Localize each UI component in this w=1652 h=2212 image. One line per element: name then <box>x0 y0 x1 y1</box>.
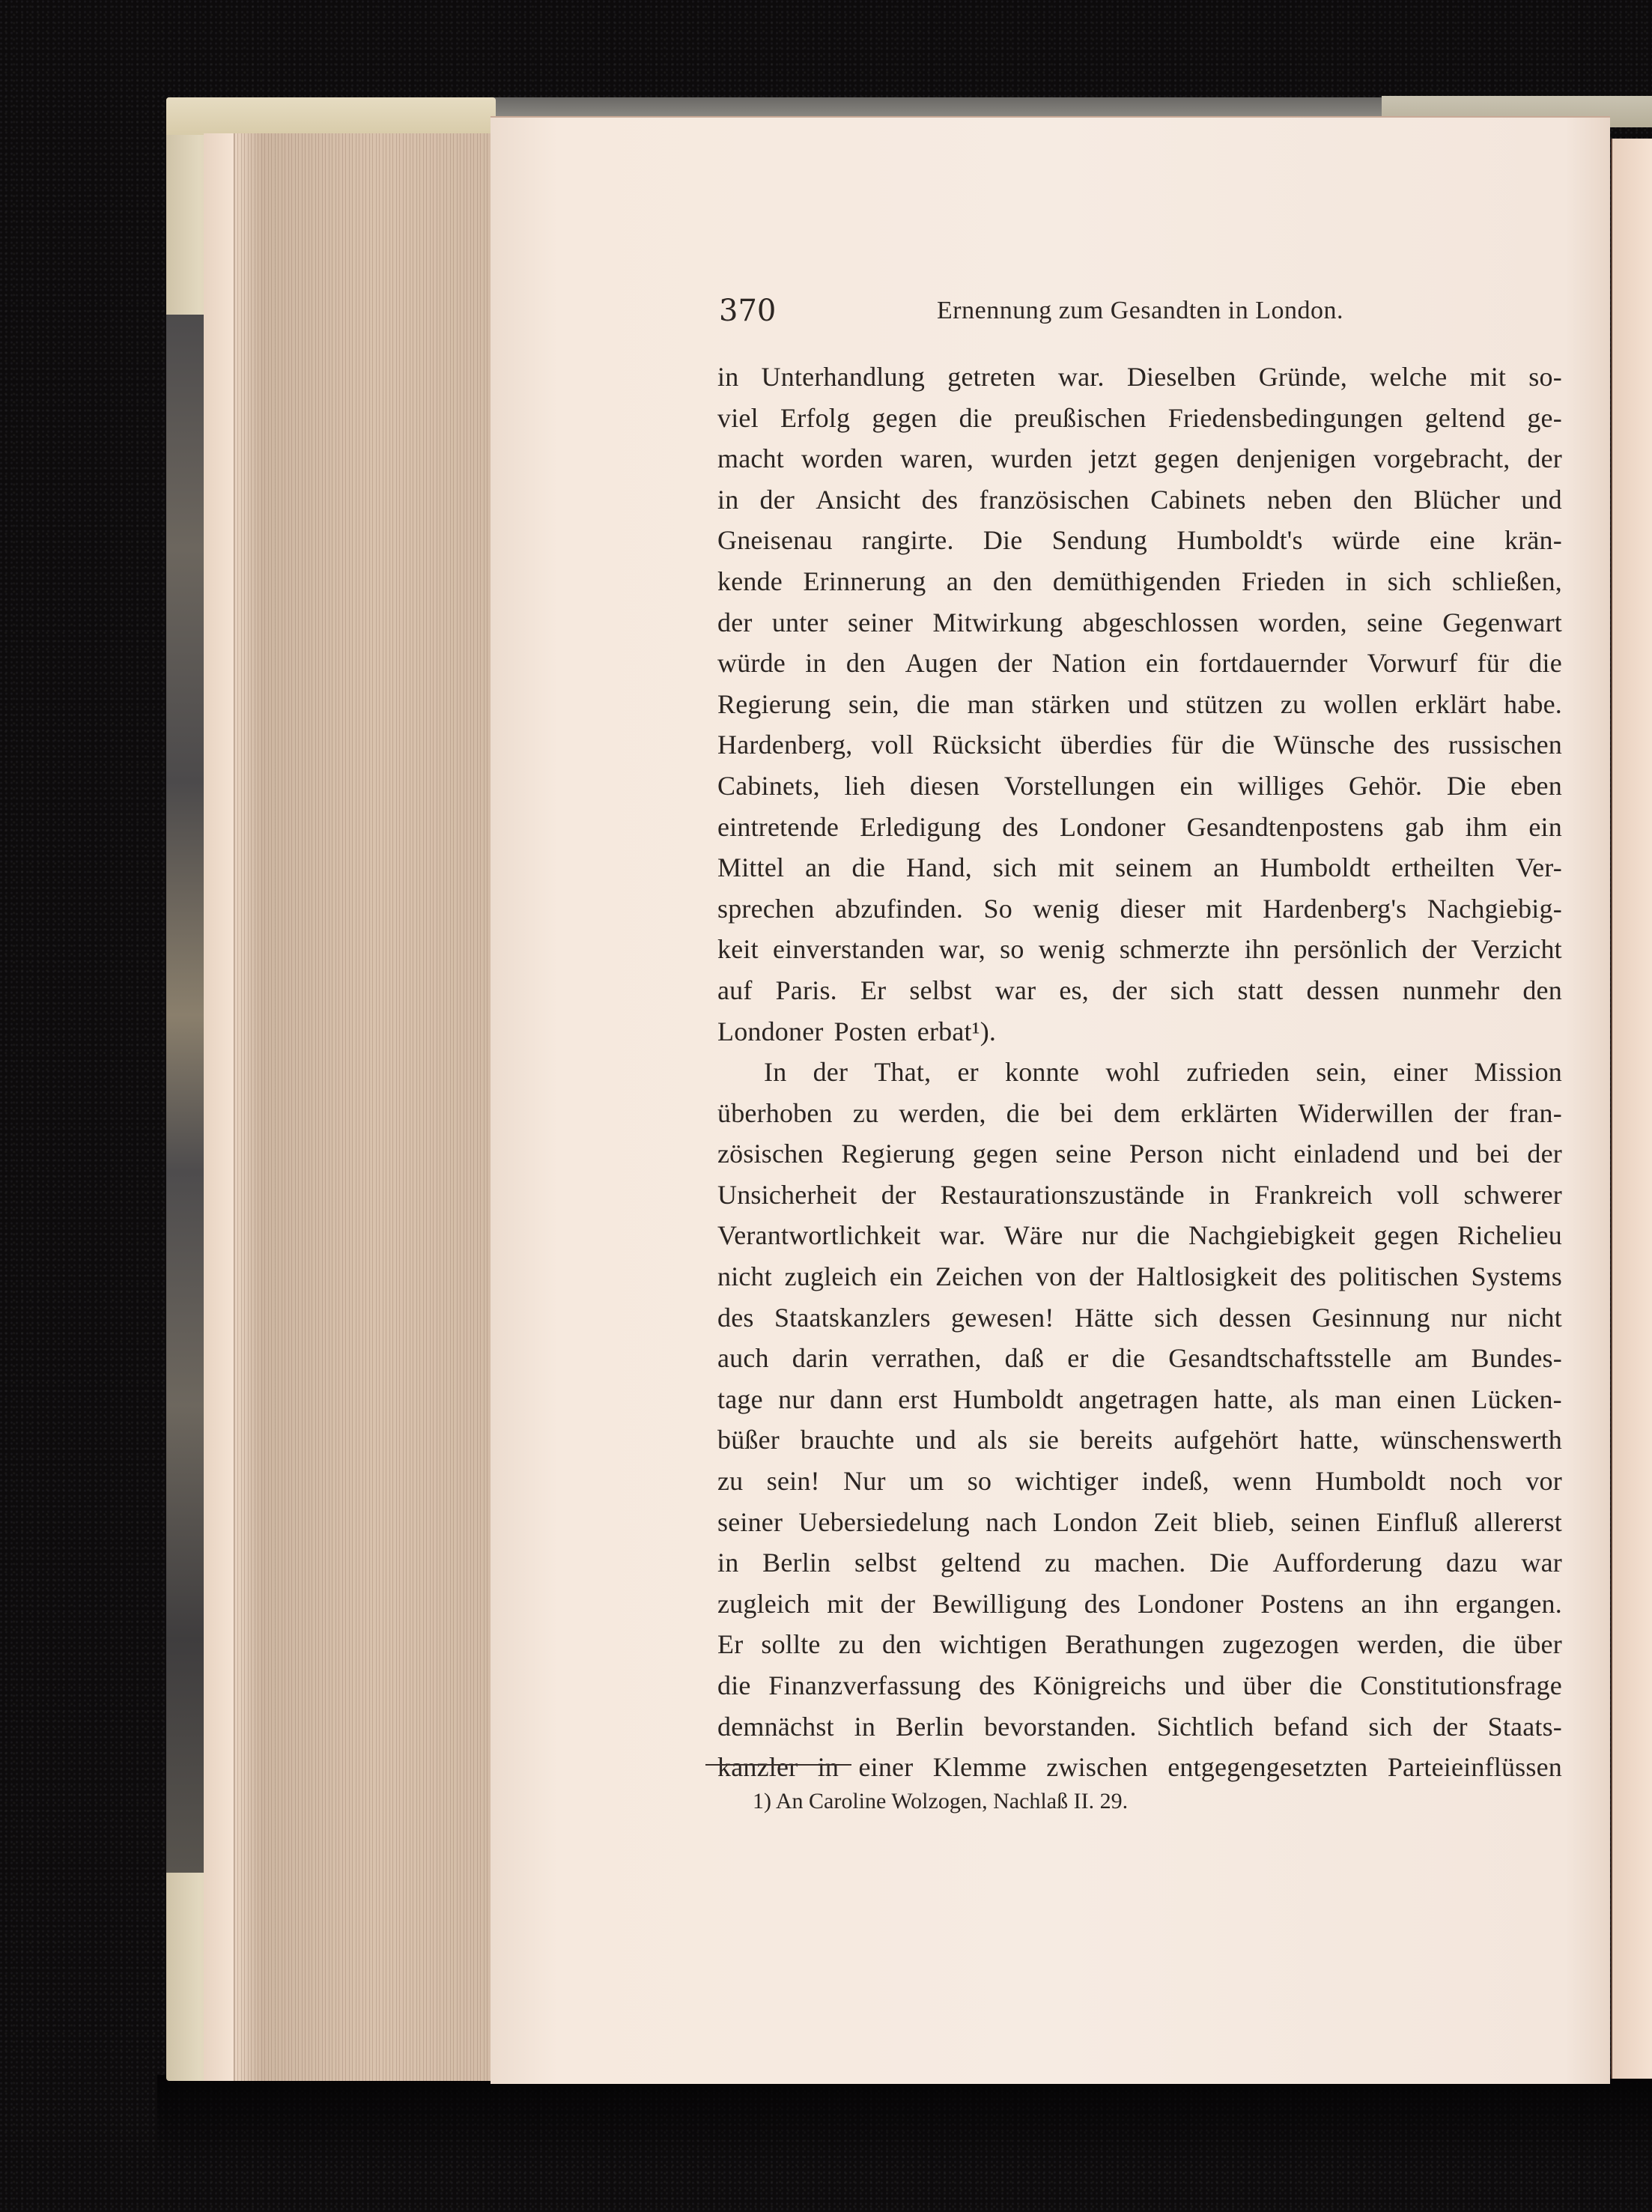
text-line: inderAnsichtdesfranzösischenCabinetsnebe… <box>717 479 1562 521</box>
word: Londoner <box>1060 807 1166 848</box>
word: Berlin <box>896 1706 964 1748</box>
word: seine <box>1055 1133 1111 1175</box>
running-head: Ernennung zum Gesandten in London. <box>719 297 1561 325</box>
word: Regierung <box>717 684 831 725</box>
word: die <box>1528 643 1562 684</box>
text-line: ErsolltezudenwichtigenBerathungenzugezog… <box>717 1624 1562 1665</box>
word: Frieden <box>1242 561 1325 602</box>
word: seine <box>1367 602 1423 643</box>
word: an <box>1213 847 1239 888</box>
text-line: derunterseinerMitwirkungabgeschlossenwor… <box>717 602 1562 643</box>
word: Zeit <box>1153 1502 1197 1543</box>
word: war. <box>939 1215 986 1256</box>
word: ge- <box>1527 398 1562 439</box>
word: worden, <box>1258 602 1346 643</box>
word: bereits <box>1080 1419 1153 1461</box>
word: sein! <box>767 1461 820 1502</box>
word: viel <box>717 398 759 439</box>
word: Humboldt <box>1260 847 1371 888</box>
word: krän- <box>1504 520 1562 561</box>
text-line: überhobenzuwerden,diebeidemerklärtenWide… <box>717 1093 1562 1134</box>
word: die <box>1006 1093 1040 1134</box>
word: für <box>1478 643 1510 684</box>
word: eben <box>1510 766 1562 807</box>
word: preußischen <box>1014 398 1146 439</box>
word: statt <box>1238 970 1284 1011</box>
word: ein <box>1528 807 1562 848</box>
text-line: Regierungsein,diemanstärkenundstützenzuw… <box>717 684 1562 725</box>
word: Gneisenau <box>717 520 833 561</box>
word: zu <box>853 1093 878 1134</box>
word: selbst <box>854 1542 917 1584</box>
word: Vorstellungen <box>1004 766 1156 807</box>
word: Unsicherheit <box>717 1175 857 1216</box>
word: einer <box>858 1747 913 1788</box>
book-shadow <box>157 2075 1652 2165</box>
word: Erfolg <box>780 398 850 439</box>
word: wohl <box>1105 1052 1160 1093</box>
word: Er <box>860 970 886 1011</box>
word: voll <box>871 724 914 766</box>
page-header: 370 Ernennung zum Gesandten in London. <box>719 294 1561 339</box>
word: seinem <box>1115 847 1192 888</box>
word: Aufforderung <box>1273 1542 1423 1584</box>
word: so <box>968 1461 991 1502</box>
word: Nation <box>1052 643 1126 684</box>
word: für <box>1171 724 1203 766</box>
word: diesen <box>910 766 980 807</box>
word: schließen, <box>1452 561 1562 602</box>
word: Gesandtschaftsstelle <box>1168 1338 1391 1379</box>
flyleaf <box>204 133 234 2081</box>
word: abgeschlossen <box>1083 602 1239 643</box>
word: stärken <box>1031 684 1110 725</box>
word: sich <box>1368 1706 1412 1748</box>
word: dem <box>1114 1093 1161 1134</box>
word: die <box>917 684 950 725</box>
word: nunmehr <box>1403 970 1499 1011</box>
word: und <box>915 1419 956 1461</box>
word: zu <box>1045 1542 1070 1584</box>
word: ein <box>890 1256 923 1297</box>
word: gewesen! <box>951 1297 1054 1339</box>
text-line: auchdarinverrathen,daßerdieGesandtschaft… <box>717 1338 1562 1379</box>
word: mit <box>1470 357 1507 398</box>
word: und <box>1418 1133 1459 1175</box>
word: als <box>1289 1379 1320 1420</box>
text-line: dieFinanzverfassungdesKönigreichsundüber… <box>717 1665 1562 1706</box>
word: worden <box>801 438 883 479</box>
word: Humboldt's <box>1176 520 1303 561</box>
word: gegen <box>872 398 937 439</box>
text-line: inBerlinselbstgeltendzumachen.DieAufford… <box>717 1542 1562 1584</box>
word: Wünsche <box>1274 724 1375 766</box>
word: Sichtlich <box>1157 1706 1254 1748</box>
text-line: würdeindenAugenderNationeinfortdauernder… <box>717 643 1562 684</box>
text-line: InderThat,erkonntewohlzufriedensein,eine… <box>717 1052 1562 1093</box>
word: seiner <box>717 1502 783 1543</box>
word: habe. <box>1504 684 1562 725</box>
text-line: UnsicherheitderRestaurationszuständeinFr… <box>717 1175 1562 1216</box>
word: Königreichs <box>1033 1665 1166 1706</box>
word: unter <box>772 602 828 643</box>
word: dessen <box>1218 1297 1291 1339</box>
word: schmerzte <box>1120 929 1230 970</box>
word: Die <box>1209 1542 1249 1584</box>
word: auf <box>717 970 753 1011</box>
word: erbat¹). <box>917 1011 996 1052</box>
word: nur <box>778 1379 815 1420</box>
word: der <box>881 1175 917 1216</box>
word: erklärten <box>1181 1093 1278 1134</box>
word: wenig <box>1039 929 1105 970</box>
word: am <box>1415 1338 1448 1379</box>
word: welche <box>1370 357 1447 398</box>
word: Bewilligung <box>932 1584 1067 1625</box>
word: ergangen. <box>1456 1584 1562 1625</box>
word: hatte, <box>1299 1419 1359 1461</box>
word: Staatskanzlers <box>774 1297 931 1339</box>
word: des <box>922 479 959 521</box>
word: Nachgiebig- <box>1427 888 1562 930</box>
word: konnte <box>1005 1052 1079 1093</box>
word: seiner <box>848 602 913 643</box>
word: die <box>1112 1338 1146 1379</box>
word: denjenigen <box>1236 438 1356 479</box>
word: an <box>805 847 830 888</box>
word: Londoner <box>1138 1584 1244 1625</box>
word: Unterhandlung <box>762 357 926 398</box>
word: einer <box>1393 1052 1448 1093</box>
word: zu <box>839 1624 864 1665</box>
text-line: machtwordenwaren,wurdenjetztgegendenjeni… <box>717 438 1562 479</box>
word: Er <box>717 1624 743 1665</box>
word: werden, <box>1357 1624 1444 1665</box>
word: zugezogen <box>1222 1624 1339 1665</box>
word: Gesinnung <box>1312 1297 1430 1339</box>
word: Londoner <box>717 1011 824 1052</box>
word: in <box>1209 1175 1230 1216</box>
word: einladend <box>1294 1133 1400 1175</box>
word: in <box>805 643 826 684</box>
word: in <box>717 1542 738 1584</box>
word: zwischen <box>1046 1747 1148 1788</box>
word: sollte <box>761 1624 820 1665</box>
word: es, <box>1059 970 1089 1011</box>
text-line: seinerUebersiedelungnachLondonZeitblieb,… <box>717 1502 1562 1543</box>
word: gegen <box>973 1133 1038 1175</box>
word: erklärt <box>1415 684 1487 725</box>
word: sprechen <box>717 888 815 930</box>
word: russischen <box>1448 724 1562 766</box>
text-line: aufParis.Erselbstwares,dersichstattdesse… <box>717 970 1562 1011</box>
word: in <box>1346 561 1367 602</box>
word: Verantwortlichkeit <box>717 1215 921 1256</box>
word: in <box>854 1706 875 1748</box>
word: Regierung <box>841 1133 955 1175</box>
word: mit <box>827 1584 863 1625</box>
word: Ver- <box>1516 847 1562 888</box>
word: Paris. <box>776 970 837 1011</box>
word: Restaurationszustände <box>941 1175 1185 1216</box>
word: Nur <box>843 1461 886 1502</box>
footnote: 1) An Caroline Wolzogen, Nachlaß II. 29. <box>753 1789 1128 1814</box>
word: und <box>1128 684 1169 725</box>
word: Postens <box>1260 1584 1343 1625</box>
word: Nachgiebigkeit <box>1188 1215 1355 1256</box>
word: Staats- <box>1488 1706 1562 1748</box>
text-line: zusein!Nurumsowichtigerindeß,wennHumbold… <box>717 1461 1562 1502</box>
word: die <box>851 847 885 888</box>
word: geltend <box>1425 398 1505 439</box>
word: Gründe, <box>1259 357 1347 398</box>
word: demüthigenden <box>1053 561 1221 602</box>
word: wenn <box>1233 1461 1292 1502</box>
word: nicht <box>717 1256 772 1297</box>
word: gab <box>1405 807 1445 848</box>
word: blieb, <box>1213 1502 1275 1543</box>
text-line: zugleichmitderBewilligungdesLondonerPost… <box>717 1584 1562 1625</box>
text-line: nichtzugleicheinZeichenvonderHaltlosigke… <box>717 1256 1562 1297</box>
word: die <box>1463 1624 1496 1665</box>
word: Mission <box>1475 1052 1562 1093</box>
word: über <box>1513 1624 1562 1665</box>
word: mit <box>1206 888 1242 930</box>
word: fran- <box>1509 1093 1562 1134</box>
word: abzufinden. <box>835 888 963 930</box>
word: gegen <box>1154 438 1219 479</box>
word: neben <box>1267 479 1332 521</box>
word: brauchte <box>801 1419 895 1461</box>
word: allererst <box>1474 1502 1562 1543</box>
text-line: Cabinets,liehdiesenVorstellungeneinwilli… <box>717 766 1562 807</box>
word: zu <box>717 1461 743 1502</box>
word: sich <box>1154 1297 1198 1339</box>
word: dann <box>830 1379 883 1420</box>
text-line: eintretendeErledigungdesLondonerGesandte… <box>717 807 1562 848</box>
word: nur <box>1451 1297 1487 1339</box>
word: um <box>909 1461 944 1502</box>
word: der <box>760 479 795 521</box>
word: dessen <box>1307 970 1379 1011</box>
word: keit <box>717 929 759 970</box>
word: von <box>1036 1256 1077 1297</box>
word: der <box>1422 929 1457 970</box>
word: nicht <box>1507 1297 1562 1339</box>
word: war <box>1521 1542 1562 1584</box>
word: Mittel <box>717 847 784 888</box>
word: die <box>1137 1215 1170 1256</box>
word: zugleich <box>785 1256 878 1297</box>
word: würde <box>717 643 786 684</box>
word: noch <box>1449 1461 1502 1502</box>
word: wurden <box>991 438 1072 479</box>
word: hatte, <box>1214 1379 1274 1420</box>
next-page-edge <box>1611 139 1652 2079</box>
word: ein <box>1146 643 1179 684</box>
word: geltend <box>941 1542 1021 1584</box>
word: Sendung <box>1052 520 1147 561</box>
word: der <box>1527 1133 1562 1175</box>
word: würde <box>1332 520 1400 561</box>
word: Cabinets, <box>717 766 820 807</box>
word: Klemme <box>933 1747 1027 1788</box>
word: die <box>717 1665 751 1706</box>
word: aufgehört <box>1173 1419 1278 1461</box>
word: mit <box>1058 847 1095 888</box>
word: sein, <box>848 684 899 725</box>
word: machen. <box>1094 1542 1185 1584</box>
text-line: kanzlerineinerKlemmezwischenentgegengese… <box>717 1747 1562 1788</box>
word: des <box>979 1665 1015 1706</box>
word: ihn <box>1404 1584 1439 1625</box>
word: wichtiger <box>1015 1461 1119 1502</box>
word: überhoben <box>717 1093 833 1134</box>
word: macht <box>717 438 784 479</box>
word: waren, <box>900 438 974 479</box>
word: war <box>995 970 1036 1011</box>
word: persönlich <box>1293 929 1407 970</box>
word: indeß, <box>1142 1461 1209 1502</box>
word: Augen <box>905 643 978 684</box>
word: verrathen, <box>872 1338 982 1379</box>
word: darin <box>792 1338 848 1379</box>
word: Hand, <box>906 847 972 888</box>
word: überdies <box>1060 724 1153 766</box>
word: gegen <box>1373 1215 1439 1256</box>
word: kende <box>717 561 783 602</box>
word: über <box>1243 1665 1292 1706</box>
word: vor <box>1525 1461 1562 1502</box>
word: dazu <box>1446 1542 1498 1584</box>
word: politischen <box>1339 1256 1459 1297</box>
word: des <box>1002 807 1039 848</box>
word: Hardenberg, <box>717 724 852 766</box>
word: demnächst <box>717 1706 834 1748</box>
word: voll <box>1397 1175 1439 1216</box>
top-left-cover-corner <box>166 97 496 135</box>
word: Posten <box>834 1011 907 1052</box>
word: des <box>1290 1256 1326 1297</box>
word: Gegenwart <box>1442 602 1562 643</box>
word: Frankreich <box>1254 1175 1373 1216</box>
word: Blücher <box>1414 479 1500 521</box>
word: der <box>717 602 753 643</box>
word: zugleich <box>717 1584 810 1625</box>
word: Friedensbedingungen <box>1168 398 1403 439</box>
word: entgegengesetzten <box>1167 1747 1367 1788</box>
word: Wäre <box>1004 1215 1063 1256</box>
word: den <box>1353 479 1393 521</box>
footnote-divider <box>705 1764 851 1766</box>
word: Einfluß <box>1376 1502 1458 1543</box>
top-cover-edge <box>389 97 1385 118</box>
word: Hardenberg's <box>1263 888 1406 930</box>
word: man <box>968 684 1015 725</box>
word: Person <box>1129 1133 1203 1175</box>
marbled-cover-board <box>166 315 204 1873</box>
word: in <box>717 357 738 398</box>
word: sie <box>1029 1419 1060 1461</box>
word: In <box>764 1052 786 1093</box>
word: einen <box>1397 1379 1456 1420</box>
word: Parteieinflüssen <box>1388 1747 1562 1788</box>
word: Die <box>983 520 1023 561</box>
word: büßer <box>717 1419 780 1461</box>
word: bei <box>1060 1093 1093 1134</box>
word: zösischen <box>717 1133 824 1175</box>
word: Hätte <box>1075 1297 1134 1339</box>
word: wenig <box>1033 888 1099 930</box>
word: zu <box>1281 684 1306 725</box>
word: ihm <box>1466 807 1508 848</box>
word: So <box>983 888 1012 930</box>
text-line: büßerbrauchteundalssiebereitsaufgehörtha… <box>717 1419 1562 1461</box>
text-line: keiteinverstandenwar,sowenigschmerzteihn… <box>717 929 1562 970</box>
word: London <box>1053 1502 1138 1543</box>
word: Erledigung <box>860 807 981 848</box>
text-line: zösischenRegierunggegenseinePersonnichte… <box>717 1133 1562 1175</box>
word: Erinnerung <box>803 561 926 602</box>
word: Finanzverfassung <box>768 1665 961 1706</box>
word: eintretende <box>717 807 839 848</box>
page-stack-edge <box>204 133 493 2081</box>
word: Berlin <box>762 1542 830 1584</box>
body-text: inUnterhandlunggetretenwar.DieselbenGrün… <box>717 357 1562 1788</box>
word: an <box>947 561 972 602</box>
word: und <box>1521 479 1562 521</box>
word: französischen <box>980 479 1130 521</box>
word: lieh <box>844 766 885 807</box>
word: nach <box>986 1502 1037 1543</box>
word: die <box>1221 724 1255 766</box>
word: ein <box>1179 766 1213 807</box>
text-line: tagenurdannerstHumboldtangetragenhatte,a… <box>717 1379 1562 1420</box>
text-line: vielErfolggegendiepreußischenFriedensbed… <box>717 398 1562 439</box>
word: der <box>1527 438 1562 479</box>
word: kanzler <box>717 1747 798 1788</box>
word: die <box>1309 1665 1343 1706</box>
text-line: Verantwortlichkeitwar.WärenurdieNachgieb… <box>717 1215 1562 1256</box>
text-line: MittelandieHand,sichmitseinemanHumboldte… <box>717 847 1562 888</box>
word: fortdauernder <box>1199 643 1348 684</box>
word: Verzicht <box>1471 929 1562 970</box>
word: wollen <box>1323 684 1397 725</box>
word: ertheilten <box>1391 847 1495 888</box>
word: eine <box>1430 520 1475 561</box>
word: der <box>997 643 1033 684</box>
word: Gehör. <box>1349 766 1422 807</box>
word: bei <box>1476 1133 1510 1175</box>
word: tage <box>717 1379 763 1420</box>
word: williges <box>1238 766 1325 807</box>
word: sich <box>1388 561 1432 602</box>
word: stützen <box>1185 684 1263 725</box>
word: befand <box>1274 1706 1348 1748</box>
word: Cabinets <box>1150 479 1246 521</box>
word: Bundes- <box>1472 1338 1562 1379</box>
word: Vorwurf <box>1367 643 1458 684</box>
word: den <box>993 561 1033 602</box>
text-line: kendeErinnerungandendemüthigendenFrieden… <box>717 561 1562 602</box>
word: sich <box>1170 970 1215 1011</box>
word: nicht <box>1221 1133 1276 1175</box>
word: als <box>977 1419 1008 1461</box>
word: Uebersiedelung <box>798 1502 970 1543</box>
word: selbst <box>909 970 971 1011</box>
word: erst <box>898 1379 938 1420</box>
word: nur <box>1081 1215 1118 1256</box>
